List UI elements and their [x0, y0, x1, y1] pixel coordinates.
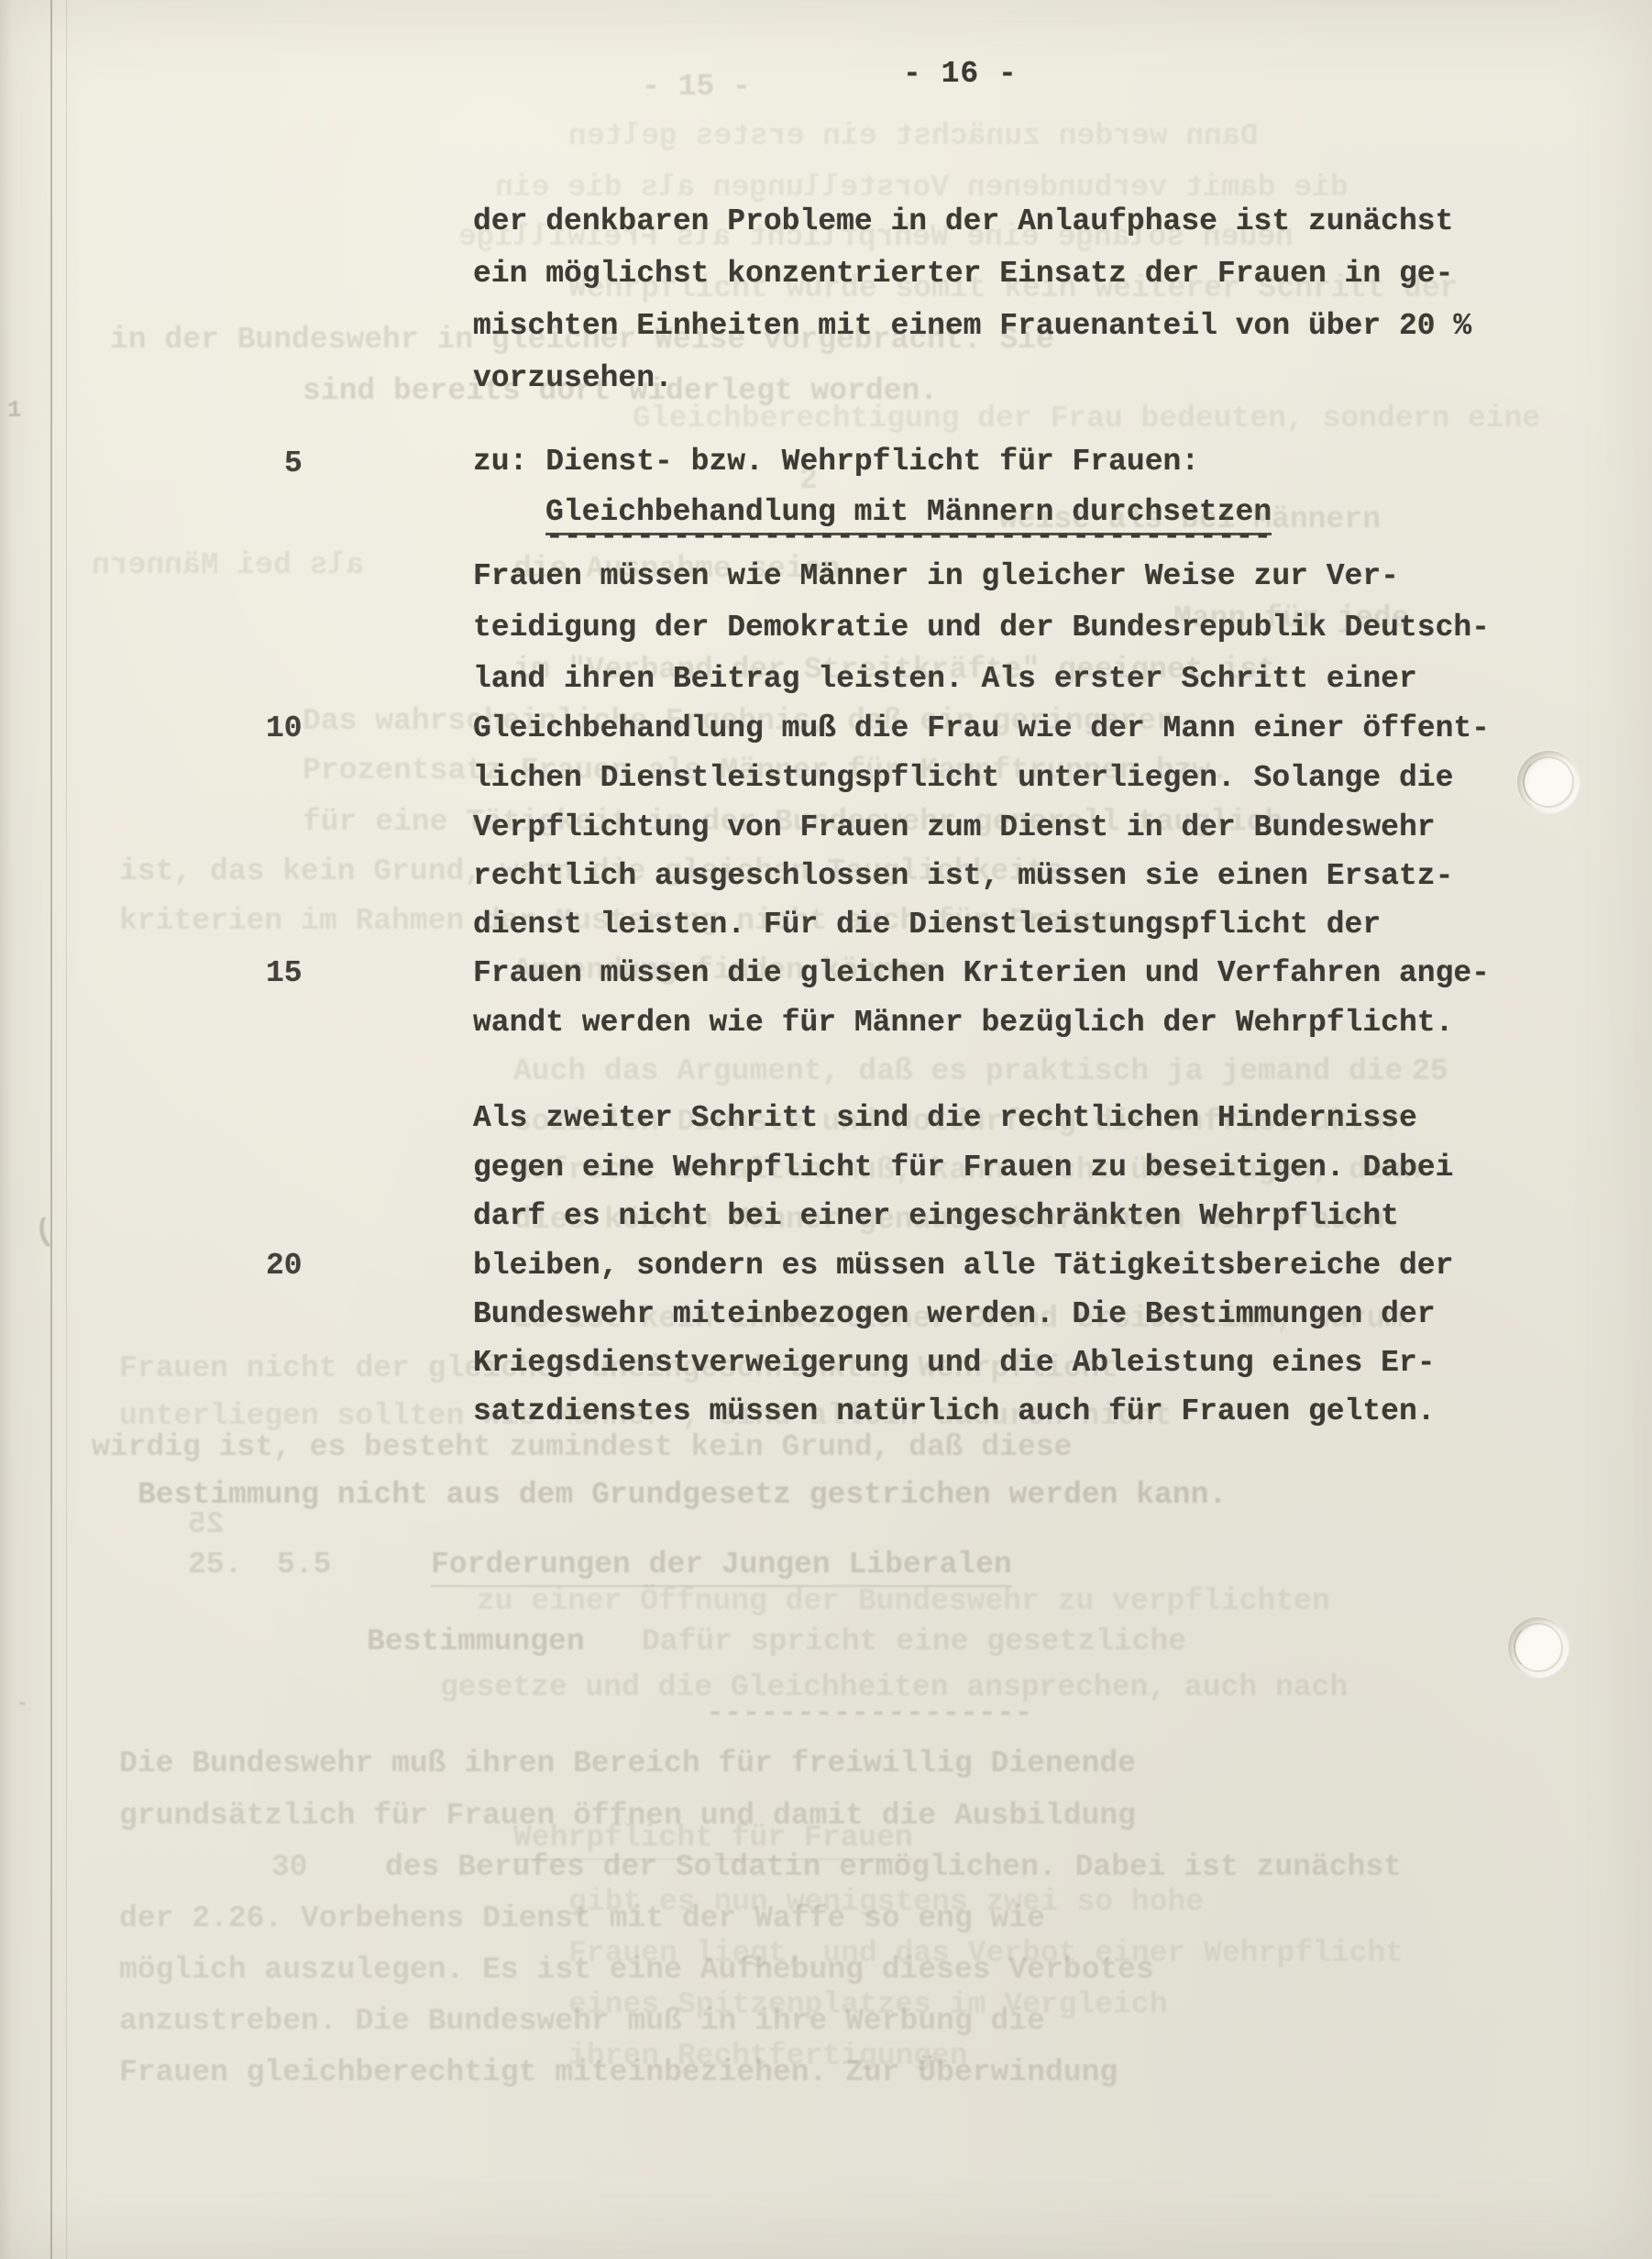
ghost-text-line: 2: [799, 463, 818, 499]
ghost-text-line: wirdig ist, es besteht zumindest kein Gr…: [92, 1430, 1072, 1466]
ghost-text-line: des Berufes der Soldatin ermöglichen. Da…: [385, 1850, 1402, 1886]
ghost-text-line: Das wahrscheinliche Ergebnis, daß ein ge…: [303, 704, 1174, 740]
page-number: - 16 -: [903, 57, 1018, 91]
ghost-text-line: die damit verbundenen Vorstellungen als …: [495, 171, 1349, 206]
line-number: 20: [266, 1249, 303, 1284]
ghost-text-line: möglich auszulegen. Es ist eine Aufhebun…: [119, 1953, 1154, 1989]
ghost-text-line: zu einer Öffnung der Bundeswehr zu verpf…: [477, 1584, 1330, 1620]
ghost-text-line: aufrecht erhalten muß, kann nicht überze…: [513, 1153, 1421, 1189]
ghost-text-line: Bestimmungen: [367, 1625, 585, 1660]
ghost-text-line: 25: [1412, 1054, 1448, 1090]
ghost-text-line: dies können Männer genauso übernehmen wi…: [513, 1203, 1403, 1239]
ghost-text-line: Dann werden zunächst ein erstes gelten: [568, 119, 1259, 155]
hole-punch: [1508, 1617, 1569, 1678]
ghost-text-line: Prozentsatz Frauen als Männer für Kampft…: [303, 754, 1228, 789]
ghost-text-line: als bei Männern: [92, 548, 364, 584]
ghost-text-line: Dafür spricht eine gesetzliche: [642, 1625, 1186, 1660]
ghost-text-line: Frauen gleichberechtigt miteinbeziehen. …: [119, 2055, 1118, 2091]
ghost-text-line: 25.: [188, 1548, 242, 1583]
ghost-text-line: im "Verband der Streitkräfte" geeignet i…: [513, 653, 1294, 689]
ghost-text-line: sozialen Dienste und Notdürftig die Infr…: [513, 1105, 1403, 1141]
ghost-text-line: Es ist kein inhaltlicher Grund ersichtli…: [513, 1302, 1403, 1338]
hole-punch: [1517, 751, 1580, 813]
ghost-text-line: 30: [271, 1850, 308, 1886]
ghost-text-line: ------------------: [706, 1696, 1032, 1732]
line-number: 5: [284, 446, 303, 482]
ghost-text-line: Forderungen der Jungen Liberalen: [431, 1548, 1012, 1587]
ghost-text-line: 25: [188, 1507, 225, 1543]
margin-mark: 1: [7, 396, 22, 424]
text-line: wandt werden wie für Männer bezüglich de…: [473, 1006, 1453, 1041]
ghost-text-line: Auch das Argument, daß es praktisch ja j…: [513, 1054, 1403, 1090]
ghost-text-line: Die Bundeswehr muß ihren Bereich für fre…: [119, 1747, 1136, 1782]
scanned-document-page: - 16 - 5101520 der denkbaren Probleme in…: [0, 0, 1652, 2259]
ghost-text-line: der 2.26. Vorbehens Dienst mit der Waffe…: [119, 1901, 1045, 1937]
ghost-text-line: - 15 -: [642, 70, 751, 105]
line-number: 10: [266, 711, 303, 747]
ghost-text-line: Anwendung finden können.: [513, 953, 949, 989]
ghost-text-line: Gleichberechtigung der Frau bedeuten, so…: [633, 402, 1540, 437]
ghost-text-line: 5.5: [277, 1548, 331, 1583]
margin-mark: -: [17, 1692, 28, 1715]
ghost-text-line: anzustreben. Die Bundeswehr muß in ihre …: [119, 2004, 1045, 2040]
ghost-text-line: die Ausnahme seien.: [513, 552, 858, 588]
text-line: bleiben, sondern es müssen alle Tätigkei…: [473, 1249, 1453, 1284]
ghost-text-line: Bestimmung nicht aus dem Grundgesetz ges…: [138, 1478, 1227, 1514]
ghost-text-line: weise als bei Männern: [999, 502, 1381, 538]
binding-edge-line-secondary: [66, 0, 67, 2259]
scan-edge-shading: [0, 0, 13, 2259]
binding-edge-line: [50, 0, 52, 2259]
line-number: 15: [266, 956, 303, 992]
margin-mark: (: [32, 1215, 57, 1252]
ghost-text-line: Frauen nicht der gleichen uneingeschränk…: [119, 1351, 1118, 1387]
ghost-text-line: ist, das kein Grund, wenn die gleichen T…: [119, 854, 1082, 890]
ghost-text-line: neuen solange eine Wehrpflicht als Freiw…: [458, 220, 1294, 256]
ghost-text-line: Mann für jede: [1173, 601, 1409, 637]
text-line: zu: Dienst- bzw. Wehrpflicht für Frauen:: [473, 445, 1199, 480]
ghost-text-line: Wehrpflicht würde somit kein weiterer Sc…: [568, 271, 1458, 307]
ghost-text-line: kriterien im Rahmen der Musterung nicht …: [119, 904, 1118, 940]
ghost-text-line: in der Bundeswehr in gleicher Weise vorg…: [110, 323, 1054, 358]
ghost-text-line: für eine Tätigkeit in der Bundeswehr gen…: [303, 805, 1283, 841]
